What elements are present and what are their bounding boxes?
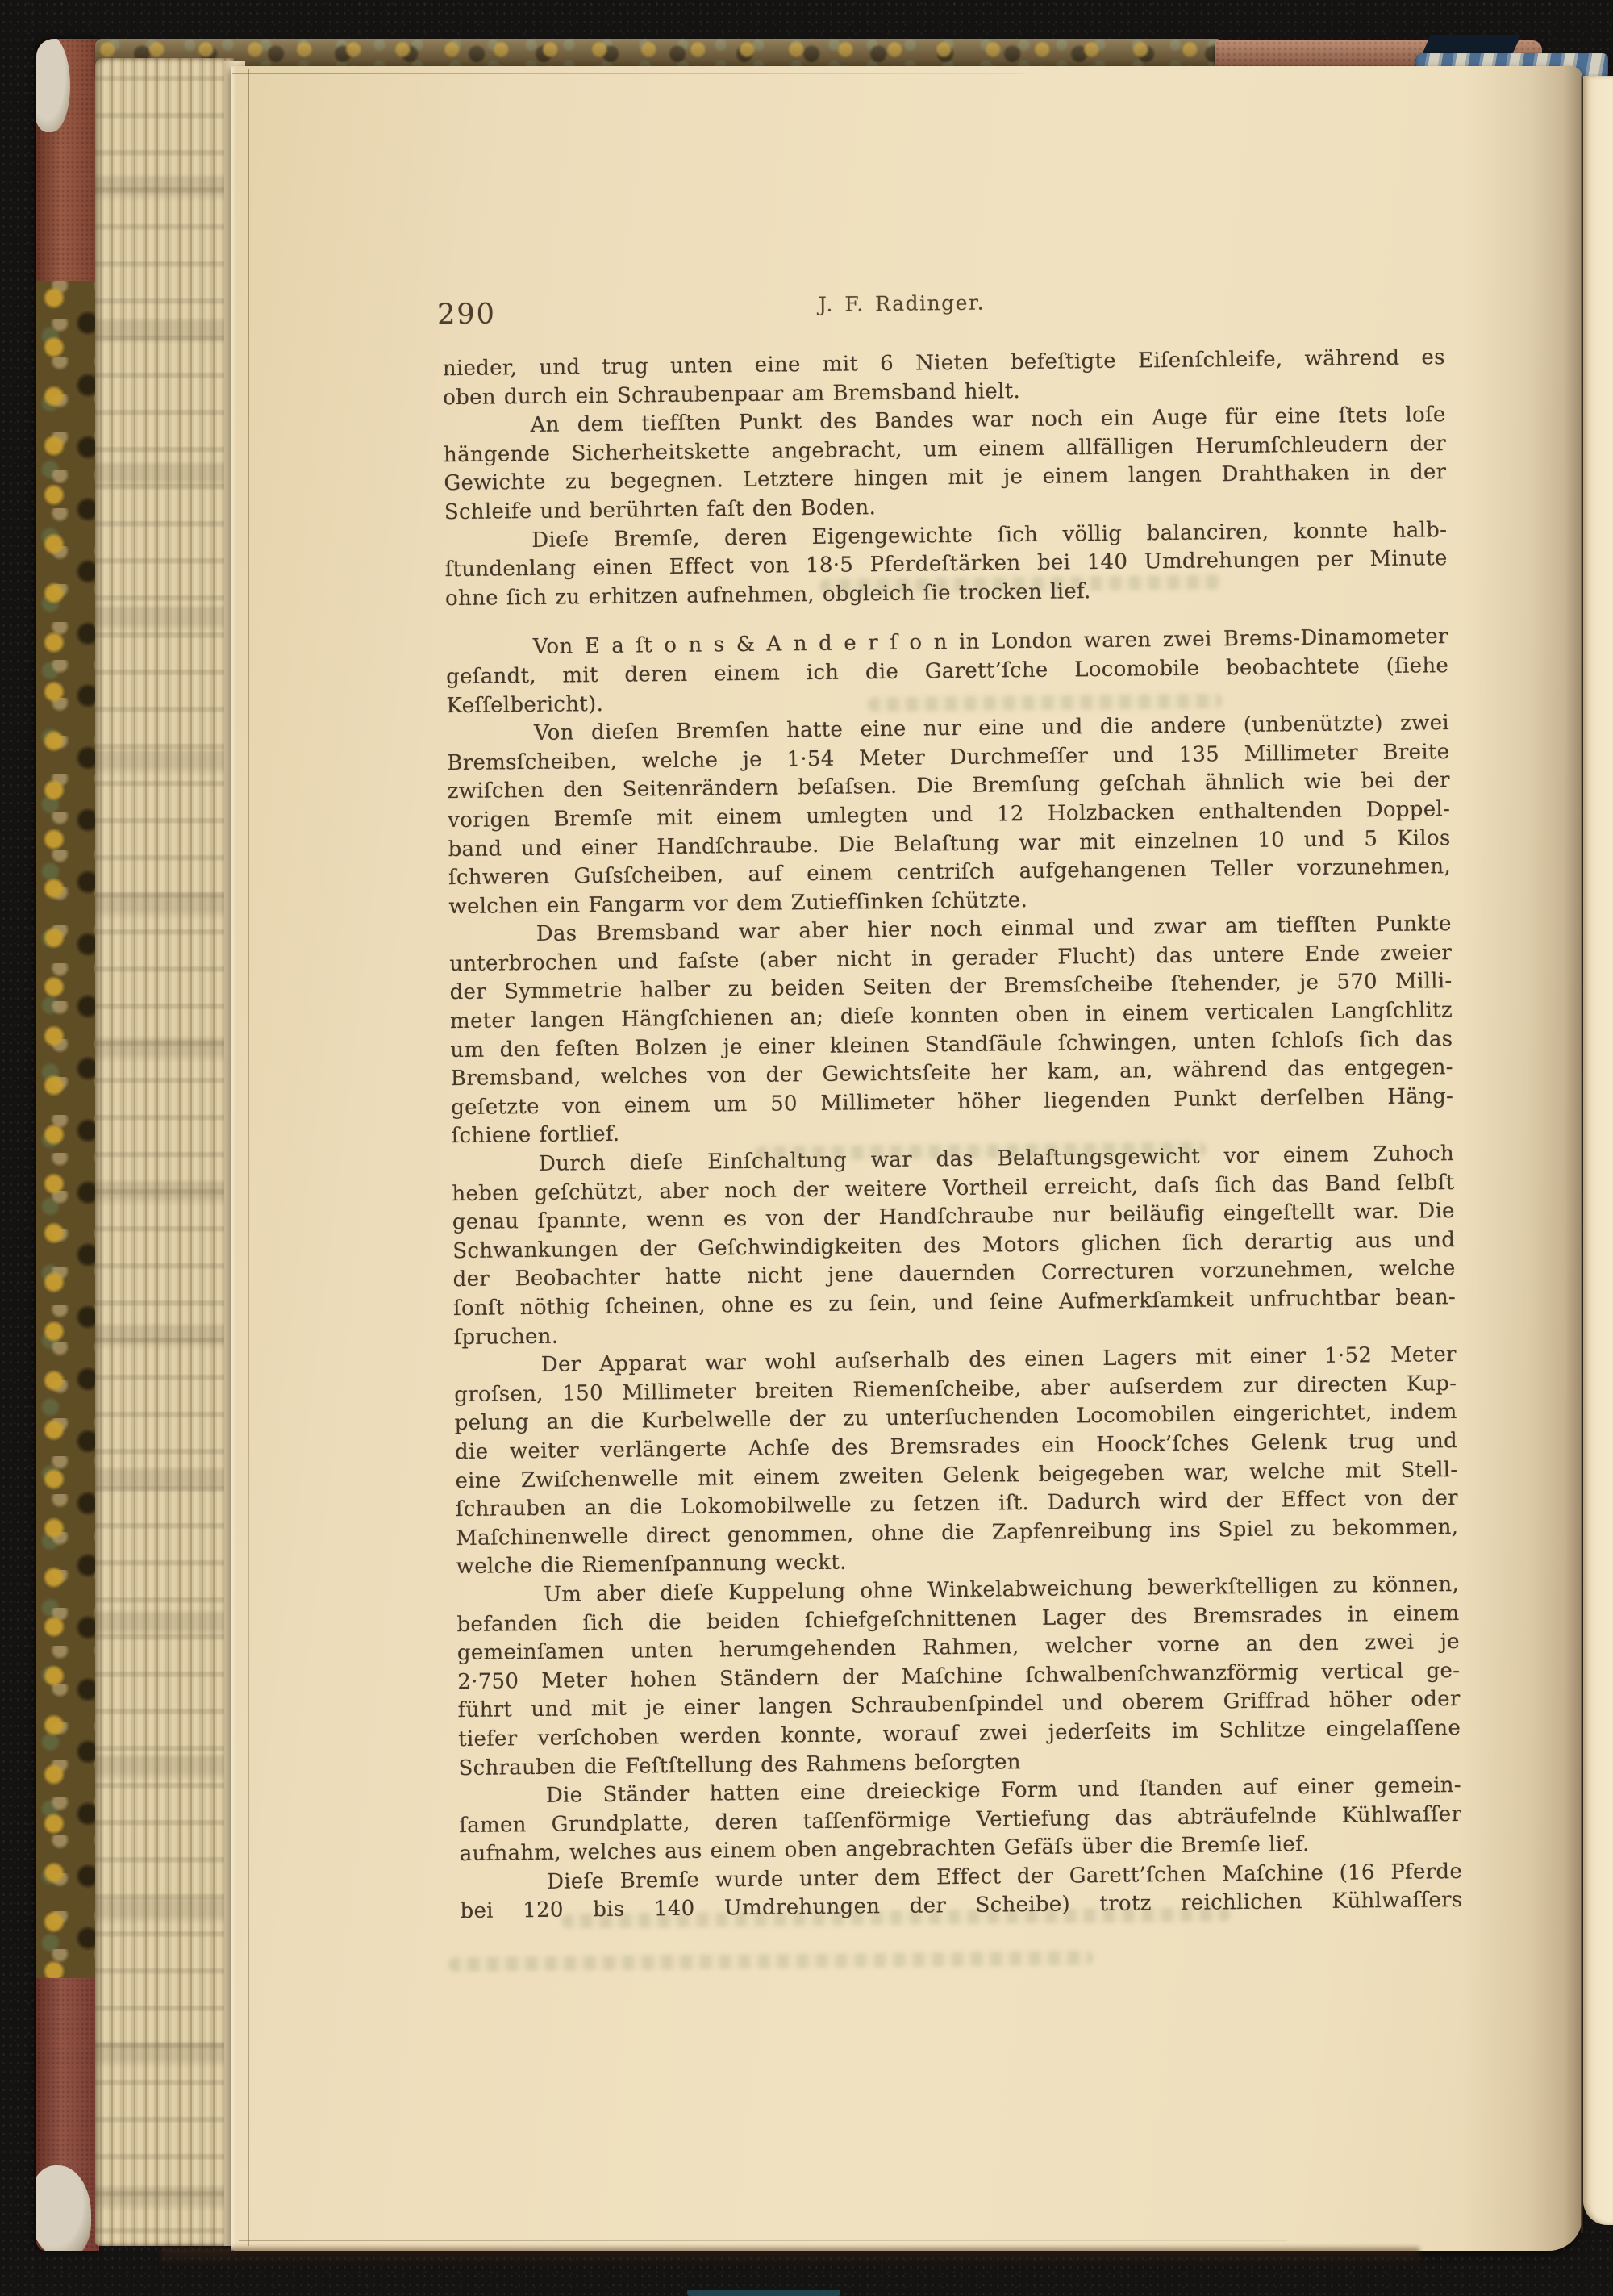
paragraph: Von dieſen Bremſen hatte eine nur eine u… <box>447 709 1452 921</box>
paragraph: Die Ständer hatten eine dreieckige Form … <box>459 1772 1462 1869</box>
book-board-left <box>36 39 99 2251</box>
bottom-edge-shadow <box>161 2248 1419 2265</box>
paragraph: An dem tiefſten Punkt des Bandes war noc… <box>443 401 1447 527</box>
paragraph: Von E a ſt o n s & A n d e r ſ o n in Lo… <box>446 623 1449 720</box>
paragraph: Dieſe Bremſe, deren Eigengewichte ſich v… <box>444 516 1448 614</box>
paragraph: Durch dieſe Einſchaltung war das Belaſtu… <box>452 1140 1457 1352</box>
page-edge-stack <box>95 58 234 2246</box>
paragraph: Dieſe Bremſe wurde unter dem Effect der … <box>460 1858 1463 1927</box>
paragraph: Das Bremsband war aber hier noch einmal … <box>449 910 1454 1151</box>
photo-background: 290 J. F. Radinger. nieder, und trug unt… <box>0 0 1613 2296</box>
paragraph: Um aber dieſe Kuppelung ohne Winkelabwei… <box>456 1571 1461 1783</box>
printed-content: 290 J. F. Radinger. nieder, und trug unt… <box>228 53 1605 2253</box>
marbled-cover-paper <box>36 281 99 1978</box>
text-block: nieder, und trug unten eine mit 6 Nieten… <box>443 344 1463 1927</box>
cover-sliver-bottom <box>687 2290 840 2296</box>
facing-page-sliver <box>1583 76 1613 2225</box>
running-head: J. F. Radinger. <box>402 286 1402 321</box>
book-page: 290 J. F. Radinger. nieder, und trug unt… <box>231 66 1582 2251</box>
paragraph: Der Apparat war wohl auſserhalb des eine… <box>454 1341 1459 1582</box>
